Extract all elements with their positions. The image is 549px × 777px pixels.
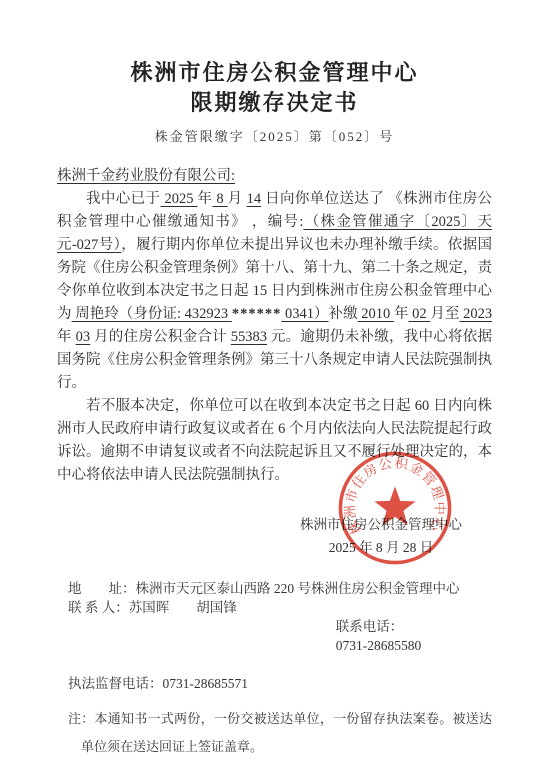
text-segment: 年 [57,329,76,345]
footer-note: 注：本通知书一式两份，一份交被送达单位，一份留存执法案卷。被送达单位须在送达回证… [68,705,492,761]
text-segment: ****** [232,306,282,322]
supervision-phone-row: 执法监督电话： 0731-28685571 [68,674,492,693]
text-segment: 03 [76,329,91,345]
signature-date: 2025 年 8 月 28 日 [300,536,462,559]
addressee-line: 株洲千金药业股份有限公司: [57,165,492,188]
contact-address-row: 地 址： 株洲市天元区泰山西路 220 号株洲住房公积金管理中心 [68,579,492,598]
address-label: 地 址： [68,579,136,598]
signature-org: 株洲市住房公积金管理中心 [300,513,462,536]
text-segment: 2023 [459,306,492,322]
signature-block: 株洲市住房公积金管理中心 2025 年 8 月 28 日 [57,513,462,559]
text-segment: 8 [212,191,227,207]
text-segment: 月至 [430,306,459,322]
body-paragraph-1: 我中心已于 2025 年 8 月 14 日向你单位送达了 《株洲市住房公积金管理… [57,188,492,395]
contact-block: 地 址： 株洲市天元区泰山西路 220 号株洲住房公积金管理中心 联 系 人： … [68,579,492,693]
text-segment: 14 [247,191,262,207]
contact-person-names: 苏国晖 胡国锋 [129,598,237,674]
text-segment: 我中心已于 [86,191,160,207]
supervision-phone-number: 0731-28685571 [163,674,249,693]
text-segment: 年 [197,191,212,207]
text-segment: 年 [394,306,409,322]
text-segment: 周艳玲（身份证: 432923 [72,306,232,322]
contact-person-row: 联 系 人： 苏国晖 胡国锋 联系电话： 0731-28685580 [68,598,492,674]
document-page: 株洲市住房公积金管理中心 限期缴存决定书 株金管限缴字〔2025〕第〔052〕号… [0,0,549,777]
text-segment: 2010 [358,306,394,322]
contact-person-label: 联 系 人： [68,598,129,674]
text-segment: 0341） [281,306,328,322]
contact-phone-number: 0731-28685580 [336,638,422,653]
text-segment: 55383 [231,329,267,345]
text-segment: 补缴 [329,306,358,322]
contact-phone-label: 联系电话： [336,619,404,634]
body-paragraph-2: 若不服本决定，你单位可以在收到本决定书之日起 60 日内向株洲市人民政府申请行政… [57,395,492,487]
supervision-phone-label: 执法监督电话： [68,674,163,693]
doc-number: 株金管限缴字〔2025〕第〔052〕号 [57,126,492,145]
text-segment: 2025 [160,191,197,207]
text-segment: 月的住房公积金合计 [90,329,231,345]
address-value: 株洲市天元区泰山西路 220 号株洲住房公积金管理中心 [136,579,460,598]
text-segment: 月 [228,191,247,207]
doc-title-line1: 株洲市住房公积金管理中心 [57,58,492,88]
doc-title-line2: 限期缴存决定书 [57,88,492,118]
text-segment: 02 [409,306,431,322]
contact-phone-group: 联系电话： 0731-28685580 [309,598,422,674]
